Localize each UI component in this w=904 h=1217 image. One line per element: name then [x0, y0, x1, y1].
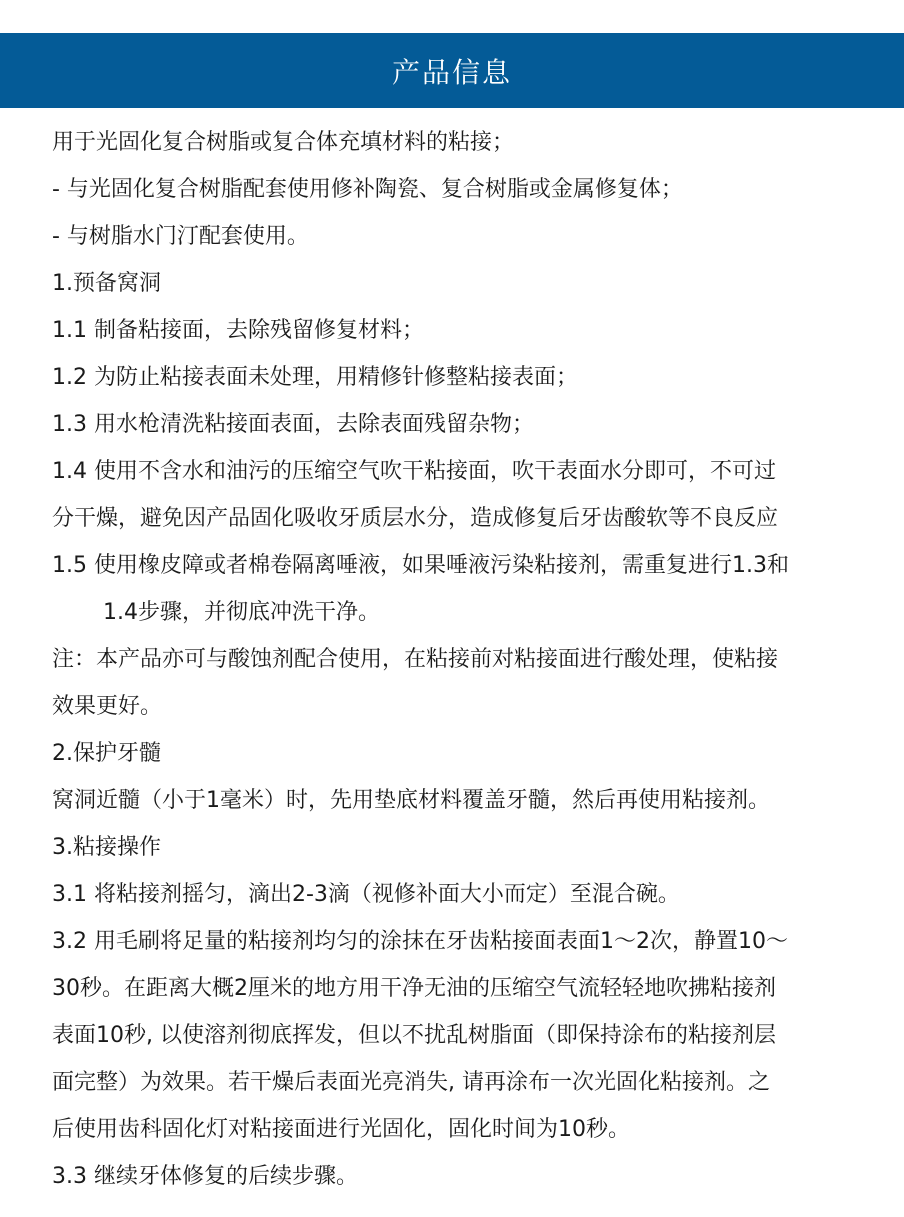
- step-3-2-line-3: 表面10秒, 以使溶剂彻底挥发，但以不扰乱树脂面（即保持涂布的粘接剂层: [52, 1021, 776, 1051]
- usage-bullet-resin-cement: - 与树脂水门汀配套使用。: [52, 222, 309, 252]
- step-3-1: 3.1 将粘接剂摇匀，滴出2-3滴（视修补面大小而定）至混合碗。: [52, 880, 680, 910]
- note-line-1: 注：本产品亦可与酸蚀剂配合使用，在粘接前对粘接面进行酸处理，使粘接: [52, 645, 778, 675]
- step-1-1: 1.1 制备粘接面，去除残留修复材料；: [52, 316, 424, 346]
- step-1-5-line-2: 1.4步骤，并彻底冲洗干净。: [103, 598, 380, 628]
- step-1-4-line-2: 分干燥，避免因产品固化吸收牙质层水分，造成修复后牙齿酸软等不良反应: [52, 504, 778, 534]
- section-heading-protect-pulp: 2.保护牙髓: [52, 739, 161, 769]
- step-1-2: 1.2 为防止粘接表面未处理，用精修针修整粘接表面；: [52, 363, 578, 393]
- section-title: 产品信息: [392, 51, 512, 91]
- step-1-3: 1.3 用水枪清洗粘接面表面，去除表面残留杂物；: [52, 410, 534, 440]
- step-3-2-line-2: 30秒。在距离大概2厘米的地方用干净无油的压缩空气流轻轻地吹拂粘接剂: [52, 974, 776, 1004]
- intro-usage-line: 用于光固化复合树脂或复合体充填材料的粘接；: [52, 128, 514, 158]
- section-header-bar: 产品信息: [0, 33, 904, 108]
- step-1-5-line-1: 1.5 使用橡皮障或者棉卷隔离唾液，如果唾液污染粘接剂，需重复进行1.3和: [52, 551, 789, 581]
- section-heading-prepare-cavity: 1.预备窝洞: [52, 269, 161, 299]
- note-line-2: 效果更好。: [52, 692, 162, 722]
- section-heading-bonding: 3.粘接操作: [52, 833, 161, 863]
- step-3-3: 3.3 继续牙体修复的后续步骤。: [52, 1162, 358, 1192]
- step-1-4-line-1: 1.4 使用不含水和油污的压缩空气吹干粘接面，吹干表面水分即可，不可过: [52, 457, 776, 487]
- step-3-2-line-1: 3.2 用毛刷将足量的粘接剂均匀的涂抹在牙齿粘接面表面1～2次，静置10～: [52, 927, 788, 957]
- usage-bullet-restorations: - 与光固化复合树脂配套使用修补陶瓷、复合树脂或金属修复体；: [52, 175, 683, 205]
- protect-pulp-text: 窝洞近髓（小于1毫米）时，先用垫底材料覆盖牙髓，然后再使用粘接剂。: [52, 786, 770, 816]
- step-3-2-line-5: 后使用齿科固化灯对粘接面进行光固化，固化时间为10秒。: [52, 1115, 630, 1145]
- step-3-2-line-4: 面完整）为效果。若干燥后表面光亮消失, 请再涂布一次光固化粘接剂。之: [52, 1068, 770, 1098]
